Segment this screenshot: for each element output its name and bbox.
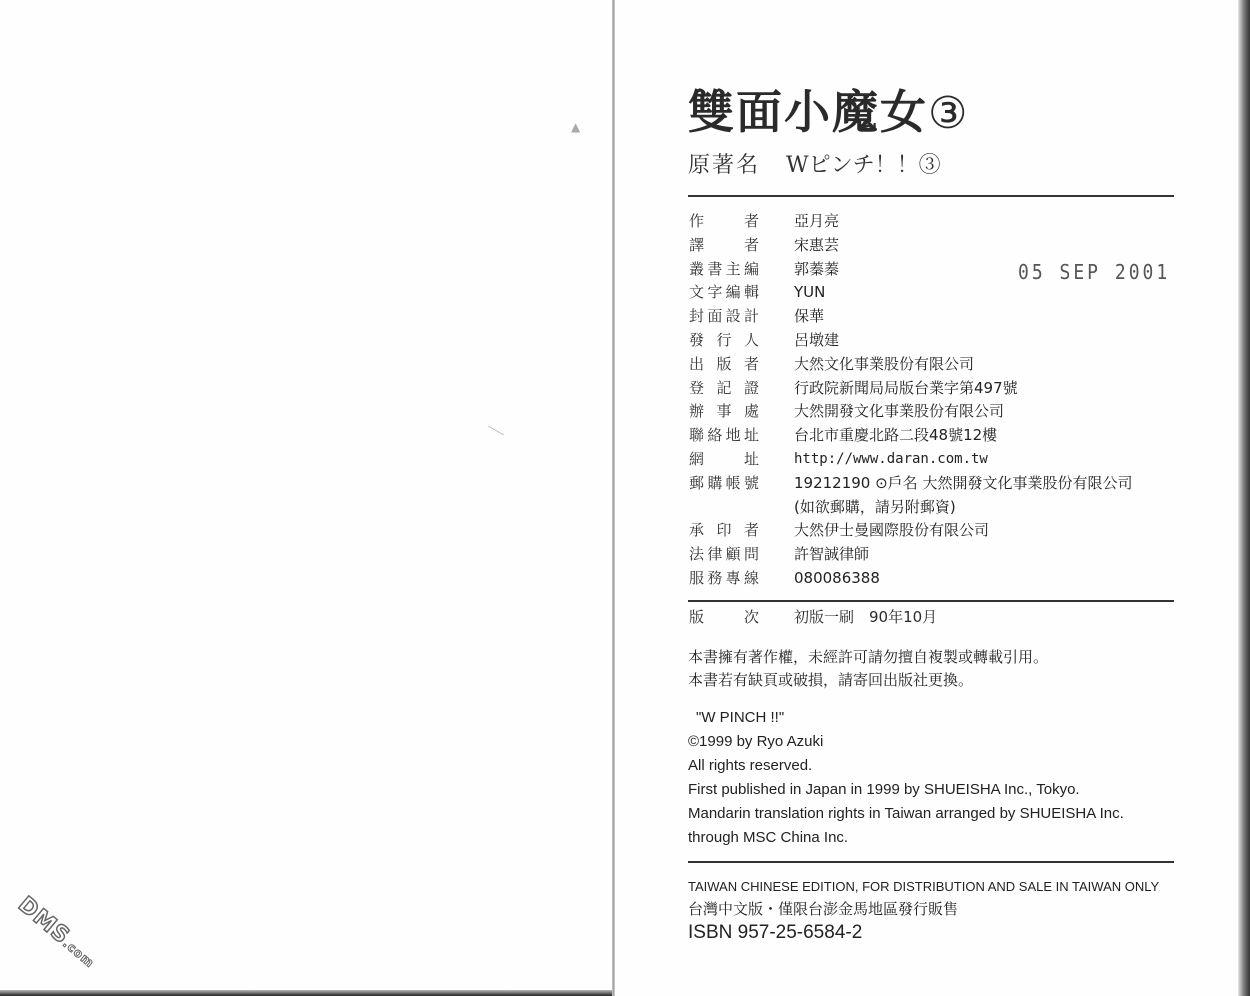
credit-row-continued: (如欲郵購，請另附郵資) — [689, 496, 1132, 520]
divider — [688, 600, 1174, 602]
credit-label: 封面設計 — [689, 305, 759, 329]
isbn: ISBN 957-25-6584-2 — [688, 922, 862, 944]
distribution-en: TAIWAN CHINESE EDITION, FOR DISTRIBUTION… — [688, 876, 1159, 898]
credit-label: 聯絡地址 — [689, 424, 759, 448]
credits-list: 作者亞月亮 譯者宋惠芸 叢書主編郭蓁蓁 文字編輯YUN 封面設計保華 發行人呂墩… — [689, 210, 1132, 591]
credit-label: 作者 — [689, 210, 759, 234]
notice-line: 本書若有缺頁或破損，請寄回出版社更換。 — [688, 669, 1048, 692]
original-title-value: Wピンチ！！③ — [786, 153, 941, 178]
copyright-notice-cn: 本書擁有著作權，未經許可請勿擅自複製或轉載引用。 本書若有缺頁或破損，請寄回出版… — [688, 646, 1048, 692]
credit-value: (如欲郵購，請另附郵資) — [794, 496, 956, 520]
page-edge-shadow-bottom — [0, 990, 612, 996]
agency-line: through MSC China Inc. — [688, 826, 1124, 850]
credit-label: 郵購帳號 — [689, 472, 759, 496]
original-title-label: 原著名 — [688, 153, 760, 178]
publication-line: First published in Japan in 1999 by SHUE… — [688, 778, 1124, 802]
credit-row: 法律顧問許智誠律師 — [689, 543, 1132, 567]
credit-row: 文字編輯YUN — [689, 281, 1132, 305]
credit-row: 服務專線080086388 — [689, 567, 1132, 591]
credit-label: 發行人 — [689, 329, 759, 353]
credit-value: 呂墩建 — [794, 329, 839, 353]
credit-row: 網址http://www.daran.com.tw — [689, 448, 1132, 472]
credit-value: 郭蓁蓁 — [794, 258, 839, 282]
credit-value: 保華 — [794, 305, 824, 329]
credit-row: 郵購帳號19212190 ⊙戶名 大然開發文化事業股份有限公司 — [689, 472, 1132, 496]
credit-value: 大然文化事業股份有限公司 — [794, 353, 974, 377]
copyright-line: ©1999 by Ryo Azuki — [688, 730, 1124, 754]
credit-value: 許智誠律師 — [794, 543, 869, 567]
credit-row: 譯者宋惠芸 — [689, 234, 1132, 258]
credit-label: 服務專線 — [689, 567, 759, 591]
credit-value: 台北市重慶北路二段48號12樓 — [794, 424, 997, 448]
website-url: http://www.daran.com.tw — [794, 448, 988, 472]
credit-row: 叢書主編郭蓁蓁 — [689, 258, 1132, 282]
title-main: 雙面小魔女 — [688, 85, 928, 139]
distribution-cn: 台灣中文版・僅限台澎金馬地區發行販售 — [688, 898, 958, 919]
credit-value: 大然開發文化事業股份有限公司 — [794, 400, 1004, 424]
rights-line: All rights reserved. — [688, 754, 1124, 778]
credit-value: 080086388 — [794, 567, 880, 591]
credit-value: 宋惠芸 — [794, 234, 839, 258]
original-title-en: "W PINCH !!" — [688, 706, 1124, 730]
credit-label: 文字編輯 — [689, 281, 759, 305]
book-title: 雙面小魔女③ — [688, 76, 969, 142]
edition-value: 初版一刷 90年10月 — [794, 606, 937, 627]
original-title: 原著名Wピンチ！！③ — [688, 148, 941, 179]
scan-speck: ▲ — [571, 120, 580, 134]
credit-value: YUN — [794, 281, 825, 305]
credit-label: 法律顧問 — [689, 543, 759, 567]
edition-label: 版次 — [689, 606, 759, 627]
translation-line: Mandarin translation rights in Taiwan ar… — [688, 802, 1124, 826]
copyright-notice-en: "W PINCH !!" ©1999 by Ryo Azuki All righ… — [688, 706, 1124, 850]
divider — [688, 861, 1174, 863]
credit-value: 行政院新聞局局版台業字第497號 — [794, 377, 1018, 401]
edition-info: 版次初版一刷 90年10月 — [689, 606, 937, 627]
credit-value: 大然伊士曼國際股份有限公司 — [794, 519, 989, 543]
credit-row: 聯絡地址台北市重慶北路二段48號12樓 — [689, 424, 1132, 448]
credit-label: 登記證 — [689, 377, 759, 401]
credit-label: 辦事處 — [689, 400, 759, 424]
credit-label: 譯者 — [689, 234, 759, 258]
credit-row: 出版者大然文化事業股份有限公司 — [689, 353, 1132, 377]
credit-row: 封面設計保華 — [689, 305, 1132, 329]
credit-row: 登記證行政院新聞局局版台業字第497號 — [689, 377, 1132, 401]
credit-label: 叢書主編 — [689, 258, 759, 282]
credit-row: 發行人呂墩建 — [689, 329, 1132, 353]
divider — [688, 195, 1174, 197]
credit-label: 出版者 — [689, 353, 759, 377]
page-edge-shadow — [1238, 0, 1250, 996]
credit-row: 作者亞月亮 — [689, 210, 1132, 234]
credit-label: 網址 — [689, 448, 759, 472]
credit-value: 亞月亮 — [794, 210, 839, 234]
volume-number: ③ — [928, 88, 969, 139]
notice-line: 本書擁有著作權，未經許可請勿擅自複製或轉載引用。 — [688, 646, 1048, 669]
credit-value: 19212190 ⊙戶名 大然開發文化事業股份有限公司 — [794, 472, 1132, 496]
left-page — [0, 0, 614, 996]
credit-label: 承印者 — [689, 519, 759, 543]
credit-row: 辦事處大然開發文化事業股份有限公司 — [689, 400, 1132, 424]
book-gutter — [612, 0, 615, 996]
credit-row: 承印者大然伊士曼國際股份有限公司 — [689, 519, 1132, 543]
